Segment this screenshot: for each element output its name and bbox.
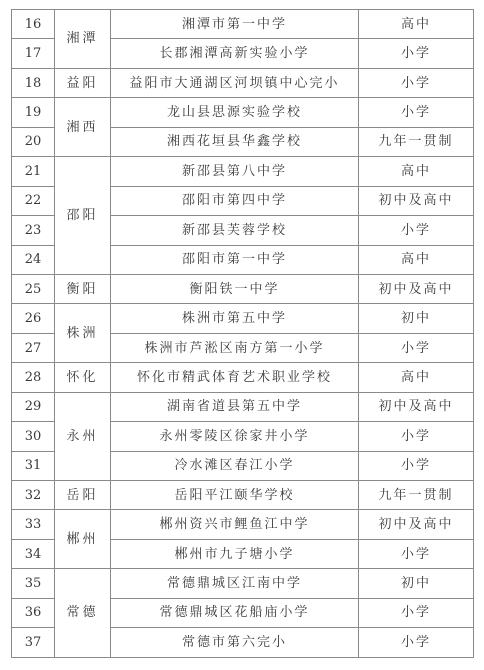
school-name: 益阳市大通湖区河坝镇中心完小	[111, 68, 359, 97]
row-number: 28	[12, 363, 55, 392]
school-name: 株洲市芦淞区南方第一小学	[111, 333, 359, 362]
row-number: 22	[12, 186, 55, 215]
school-type: 高中	[359, 10, 474, 39]
school-name: 常德鼎城区江南中学	[111, 569, 359, 598]
school-name: 郴州市九子塘小学	[111, 539, 359, 568]
school-name: 株洲市第五中学	[111, 304, 359, 333]
row-number: 18	[12, 68, 55, 97]
region-cell: 郴州	[55, 510, 111, 569]
table-row: 26 株洲 株洲市第五中学 初中	[12, 304, 474, 333]
region-cell: 永州	[55, 392, 111, 480]
school-name: 常德市第六完小	[111, 628, 359, 657]
row-number: 16	[12, 10, 55, 39]
row-number: 21	[12, 157, 55, 186]
school-type: 初中及高中	[359, 186, 474, 215]
row-number: 19	[12, 98, 55, 127]
region-cell: 株洲	[55, 304, 111, 363]
row-number: 32	[12, 481, 55, 510]
school-name: 邵阳市第一中学	[111, 245, 359, 274]
school-name: 新邵县第八中学	[111, 157, 359, 186]
row-number: 24	[12, 245, 55, 274]
row-number: 20	[12, 127, 55, 156]
school-name: 郴州资兴市鲤鱼江中学	[111, 510, 359, 539]
table-row: 21 邵阳 新邵县第八中学 高中	[12, 157, 474, 186]
table-row: 28 怀化 怀化市精武体育艺术职业学校 高中	[12, 363, 474, 392]
row-number: 35	[12, 569, 55, 598]
school-type: 高中	[359, 245, 474, 274]
school-list-table: 16 湘潭 湘潭市第一中学 高中 17 长郡湘潭高新实验小学 小学 18 益阳 …	[11, 9, 474, 658]
school-type: 小学	[359, 451, 474, 480]
school-name: 龙山县思源实验学校	[111, 98, 359, 127]
table-row: 19 湘西 龙山县思源实验学校 小学	[12, 98, 474, 127]
row-number: 33	[12, 510, 55, 539]
row-number: 37	[12, 628, 55, 657]
school-type: 高中	[359, 363, 474, 392]
school-name: 怀化市精武体育艺术职业学校	[111, 363, 359, 392]
school-type: 九年一贯制	[359, 481, 474, 510]
row-number: 26	[12, 304, 55, 333]
school-name: 湘西花垣县华鑫学校	[111, 127, 359, 156]
school-name: 长郡湘潭高新实验小学	[111, 39, 359, 68]
school-name: 永州零陵区徐家井小学	[111, 422, 359, 451]
school-type: 初中	[359, 569, 474, 598]
row-number: 34	[12, 539, 55, 568]
row-number: 29	[12, 392, 55, 421]
school-name: 岳阳平江颐华学校	[111, 481, 359, 510]
region-cell: 常德	[55, 569, 111, 657]
table-row: 35 常德 常德鼎城区江南中学 初中	[12, 569, 474, 598]
table-row: 25 衡阳 衡阳铁一中学 初中及高中	[12, 274, 474, 303]
school-type: 小学	[359, 539, 474, 568]
school-type: 小学	[359, 628, 474, 657]
row-number: 17	[12, 39, 55, 68]
school-name: 湖南省道县第五中学	[111, 392, 359, 421]
school-type: 初中及高中	[359, 274, 474, 303]
school-type: 初中及高中	[359, 392, 474, 421]
region-cell: 湘西	[55, 98, 111, 157]
region-cell: 湘潭	[55, 10, 111, 69]
school-name: 新邵县芙蓉学校	[111, 216, 359, 245]
table-row: 18 益阳 益阳市大通湖区河坝镇中心完小 小学	[12, 68, 474, 97]
region-cell: 岳阳	[55, 481, 111, 510]
school-name: 邵阳市第四中学	[111, 186, 359, 215]
row-number: 25	[12, 274, 55, 303]
region-cell: 邵阳	[55, 157, 111, 275]
school-type: 小学	[359, 39, 474, 68]
row-number: 31	[12, 451, 55, 480]
school-type: 小学	[359, 68, 474, 97]
school-name: 衡阳铁一中学	[111, 274, 359, 303]
school-name: 冷水滩区春江小学	[111, 451, 359, 480]
school-type: 小学	[359, 422, 474, 451]
region-cell: 衡阳	[55, 274, 111, 303]
table-row: 16 湘潭 湘潭市第一中学 高中	[12, 10, 474, 39]
table-row: 29 永州 湖南省道县第五中学 初中及高中	[12, 392, 474, 421]
table-body: 16 湘潭 湘潭市第一中学 高中 17 长郡湘潭高新实验小学 小学 18 益阳 …	[12, 10, 474, 658]
school-type: 初中	[359, 304, 474, 333]
school-type: 小学	[359, 98, 474, 127]
school-name: 湘潭市第一中学	[111, 10, 359, 39]
school-type: 小学	[359, 598, 474, 627]
region-cell: 怀化	[55, 363, 111, 392]
school-type: 小学	[359, 333, 474, 362]
region-cell: 益阳	[55, 68, 111, 97]
school-type: 高中	[359, 157, 474, 186]
school-type: 九年一贯制	[359, 127, 474, 156]
row-number: 23	[12, 216, 55, 245]
school-type: 初中及高中	[359, 510, 474, 539]
row-number: 30	[12, 422, 55, 451]
school-name: 常德鼎城区花船庙小学	[111, 598, 359, 627]
table-row: 33 郴州 郴州资兴市鲤鱼江中学 初中及高中	[12, 510, 474, 539]
school-type: 小学	[359, 216, 474, 245]
row-number: 27	[12, 333, 55, 362]
row-number: 36	[12, 598, 55, 627]
table-row: 32 岳阳 岳阳平江颐华学校 九年一贯制	[12, 481, 474, 510]
